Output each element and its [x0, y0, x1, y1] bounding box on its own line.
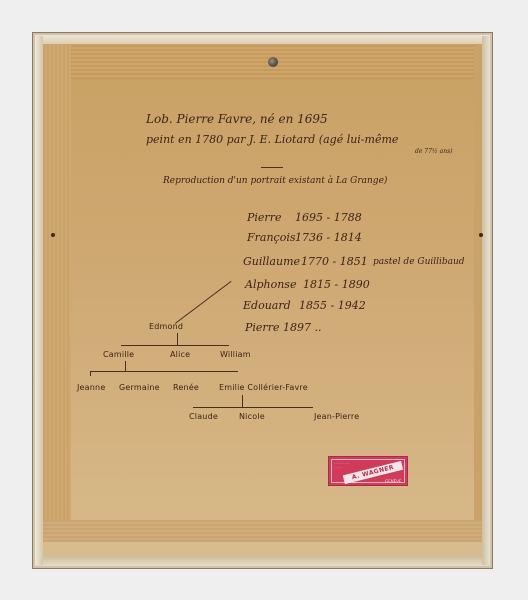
tree-gen2-0: Camille [103, 350, 134, 359]
lineage-name-3: Alphonse [245, 278, 296, 291]
lineage-name-1: François [247, 231, 295, 244]
lineage-name-4: Edouard [243, 299, 291, 312]
picture-frame-back: Lob. Pierre Favre, né en 1695 peint en 1… [32, 32, 493, 569]
header-note-line2: peint en 1780 par J. E. Liotard (agé lui… [146, 133, 398, 146]
hole-right [479, 233, 483, 237]
frame-edge-bottom [36, 556, 489, 566]
lineage-dates-1: 1736 - 1814 [295, 231, 362, 244]
tree-gen2-2: William [220, 350, 251, 359]
tree-tick-gen3 [90, 371, 91, 376]
header-note-line2b: de 77½ ans) [415, 148, 453, 155]
lineage-name-2: Guillaume [243, 255, 300, 268]
nail-icon [268, 57, 278, 67]
lineage-note-2: pastel de Guillibaud [373, 257, 465, 267]
tree-gen4-2: Jean-Pierre [314, 412, 359, 421]
label-fineprint-2: ········ [334, 465, 342, 469]
hole-left [51, 233, 55, 237]
tree-gen3-1: Germaine [119, 383, 160, 392]
divider [261, 167, 283, 168]
frame-edge-right [482, 36, 490, 565]
tree-bar-gen2 [121, 345, 229, 346]
tree-gen3-0: Jeanne [77, 383, 105, 392]
tree-root: Edmond [149, 322, 183, 331]
tree-stem-camille [125, 361, 126, 371]
tape-top [43, 44, 482, 79]
tree-gen3-3: Emilie Collérier-Favre [219, 383, 308, 392]
lineage-name-5: Pierre [245, 321, 279, 334]
tree-gen4-1: Nicole [239, 412, 265, 421]
label-city: GENÈVE [385, 479, 401, 484]
lineage-dates-2: 1770 - 1851 [301, 255, 368, 268]
framer-label: ·········· ······ ········ A. WAGNER GEN… [328, 456, 408, 486]
lineage-dates-3: 1815 - 1890 [303, 278, 370, 291]
tree-gen4-0: Claude [189, 412, 218, 421]
lineage-dates-0: 1695 - 1788 [295, 211, 362, 224]
lineage-dates-4: 1855 - 1942 [299, 299, 366, 312]
tape-bottom [43, 520, 482, 542]
lineage-name-0: Pierre [247, 211, 281, 224]
tape-right [474, 44, 482, 542]
tree-gen2-1: Alice [170, 350, 190, 359]
header-note-line1: Lob. Pierre Favre, né en 1695 [146, 112, 328, 126]
tree-stem-root [177, 333, 178, 345]
bottom-strip [43, 542, 482, 556]
tree-stem-emilie [242, 395, 243, 407]
lineage-dates-5: 1897 .. [283, 321, 321, 334]
tape-left [43, 44, 71, 542]
tree-gen3-2: Renée [173, 383, 199, 392]
frame-edge-left [35, 36, 43, 565]
header-note-line3: Reproduction d'un portrait existant à La… [163, 176, 387, 186]
tree-bar-gen3 [90, 371, 238, 372]
tree-bar-gen4 [193, 407, 313, 408]
